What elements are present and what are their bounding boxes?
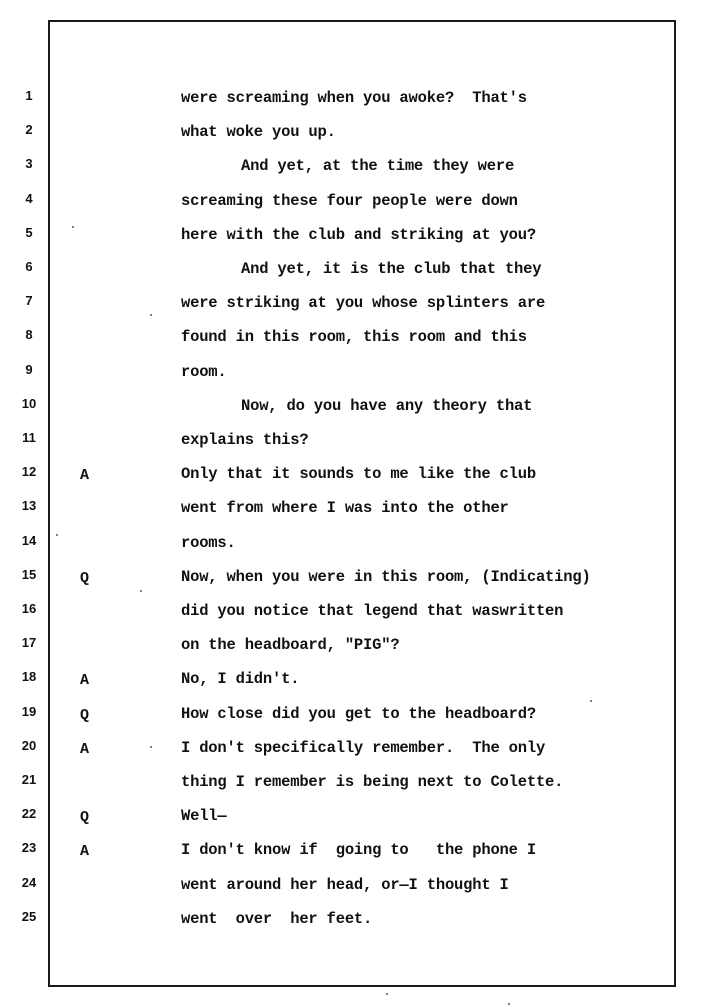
line-text: Well— bbox=[181, 807, 227, 825]
line-text: How close did you get to the headboard? bbox=[181, 705, 536, 723]
transcript-line: 7were striking at you whose splinters ar… bbox=[0, 285, 720, 319]
transcript-line: 13went from where I was into the other bbox=[0, 490, 720, 524]
scan-speck bbox=[150, 314, 152, 316]
scan-speck bbox=[150, 746, 152, 748]
transcript-line: 23AI don't know if going to the phone I bbox=[0, 832, 720, 866]
transcript-line: 10Now, do you have any theory that bbox=[0, 388, 720, 422]
transcript-line: 3And yet, at the time they were bbox=[0, 148, 720, 182]
line-text: went around her head, or—I thought I bbox=[181, 876, 509, 894]
speaker-label: A bbox=[80, 467, 89, 484]
line-number: 13 bbox=[14, 498, 44, 513]
transcript-line: 4screaming these four people were down bbox=[0, 183, 720, 217]
scan-speck bbox=[508, 1003, 510, 1005]
line-number: 16 bbox=[14, 601, 44, 616]
line-text: Now, do you have any theory that bbox=[241, 397, 532, 415]
speaker-label: A bbox=[80, 741, 89, 758]
line-number: 9 bbox=[14, 362, 44, 377]
transcript-line: 5here with the club and striking at you? bbox=[0, 217, 720, 251]
speaker-label: Q bbox=[80, 809, 89, 826]
speaker-label: A bbox=[80, 672, 89, 689]
line-text: I don't know if going to the phone I bbox=[181, 841, 536, 859]
line-number: 22 bbox=[14, 806, 44, 821]
line-number: 24 bbox=[14, 875, 44, 890]
line-number: 2 bbox=[14, 122, 44, 137]
line-text: thing I remember is being next to Colett… bbox=[181, 773, 563, 791]
line-text: were striking at you whose splinters are bbox=[181, 294, 545, 312]
line-text: did you notice that legend that waswritt… bbox=[181, 602, 563, 620]
speaker-label: A bbox=[80, 843, 89, 860]
line-number: 23 bbox=[14, 840, 44, 855]
line-number: 6 bbox=[14, 259, 44, 274]
line-text: Now, when you were in this room, (Indica… bbox=[181, 568, 591, 586]
line-number: 17 bbox=[14, 635, 44, 650]
line-number: 25 bbox=[14, 909, 44, 924]
transcript-line: 25went over her feet. bbox=[0, 901, 720, 935]
transcript-line: 22QWell— bbox=[0, 798, 720, 832]
line-number: 3 bbox=[14, 156, 44, 171]
transcript-line: 6And yet, it is the club that they bbox=[0, 251, 720, 285]
line-text: on the headboard, "PIG"? bbox=[181, 636, 399, 654]
transcript-line: 16did you notice that legend that waswri… bbox=[0, 593, 720, 627]
transcript-line: 17on the headboard, "PIG"? bbox=[0, 627, 720, 661]
line-number: 1 bbox=[14, 88, 44, 103]
line-number: 11 bbox=[14, 430, 44, 445]
line-text: went from where I was into the other bbox=[181, 499, 509, 517]
line-number: 18 bbox=[14, 669, 44, 684]
transcript-line: 20AI don't specifically remember. The on… bbox=[0, 730, 720, 764]
scan-speck bbox=[140, 590, 142, 592]
transcript-line: 24went around her head, or—I thought I bbox=[0, 867, 720, 901]
line-number: 12 bbox=[14, 464, 44, 479]
transcript-line: 8found in this room, this room and this bbox=[0, 319, 720, 353]
line-number: 5 bbox=[14, 225, 44, 240]
line-text: rooms. bbox=[181, 534, 236, 552]
transcript-line: 15QNow, when you were in this room, (Ind… bbox=[0, 559, 720, 593]
line-text: what woke you up. bbox=[181, 123, 336, 141]
speaker-label: Q bbox=[80, 570, 89, 587]
line-text: here with the club and striking at you? bbox=[181, 226, 536, 244]
transcript-line: 9room. bbox=[0, 354, 720, 388]
scan-speck bbox=[72, 226, 74, 228]
line-text: And yet, it is the club that they bbox=[241, 260, 541, 278]
transcript-line: 12AOnly that it sounds to me like the cl… bbox=[0, 456, 720, 490]
line-number: 14 bbox=[14, 533, 44, 548]
scan-speck bbox=[56, 534, 58, 536]
transcript-line: 21thing I remember is being next to Cole… bbox=[0, 764, 720, 798]
line-number: 19 bbox=[14, 704, 44, 719]
line-text: went over her feet. bbox=[181, 910, 372, 928]
line-text: room. bbox=[181, 363, 227, 381]
line-number: 10 bbox=[14, 396, 44, 411]
line-number: 8 bbox=[14, 327, 44, 342]
transcript-line: 18ANo, I didn't. bbox=[0, 661, 720, 695]
line-text: explains this? bbox=[181, 431, 308, 449]
line-number: 15 bbox=[14, 567, 44, 582]
speaker-label: Q bbox=[80, 707, 89, 724]
line-number: 4 bbox=[14, 191, 44, 206]
line-text: Only that it sounds to me like the club bbox=[181, 465, 536, 483]
transcript-line: 19QHow close did you get to the headboar… bbox=[0, 696, 720, 730]
transcript-line: 14rooms. bbox=[0, 525, 720, 559]
line-number: 7 bbox=[14, 293, 44, 308]
line-number: 20 bbox=[14, 738, 44, 753]
line-text: found in this room, this room and this bbox=[181, 328, 527, 346]
scan-speck bbox=[590, 700, 592, 702]
transcript-line: 2what woke you up. bbox=[0, 114, 720, 148]
line-text: And yet, at the time they were bbox=[241, 157, 514, 175]
line-text: screaming these four people were down bbox=[181, 192, 518, 210]
transcript-line: 11explains this? bbox=[0, 422, 720, 456]
line-text: I don't specifically remember. The only bbox=[181, 739, 545, 757]
line-text: were screaming when you awoke? That's bbox=[181, 89, 527, 107]
transcript-line: 1were screaming when you awoke? That's bbox=[0, 80, 720, 114]
line-text: No, I didn't. bbox=[181, 670, 299, 688]
line-number: 21 bbox=[14, 772, 44, 787]
scan-speck bbox=[386, 993, 388, 995]
